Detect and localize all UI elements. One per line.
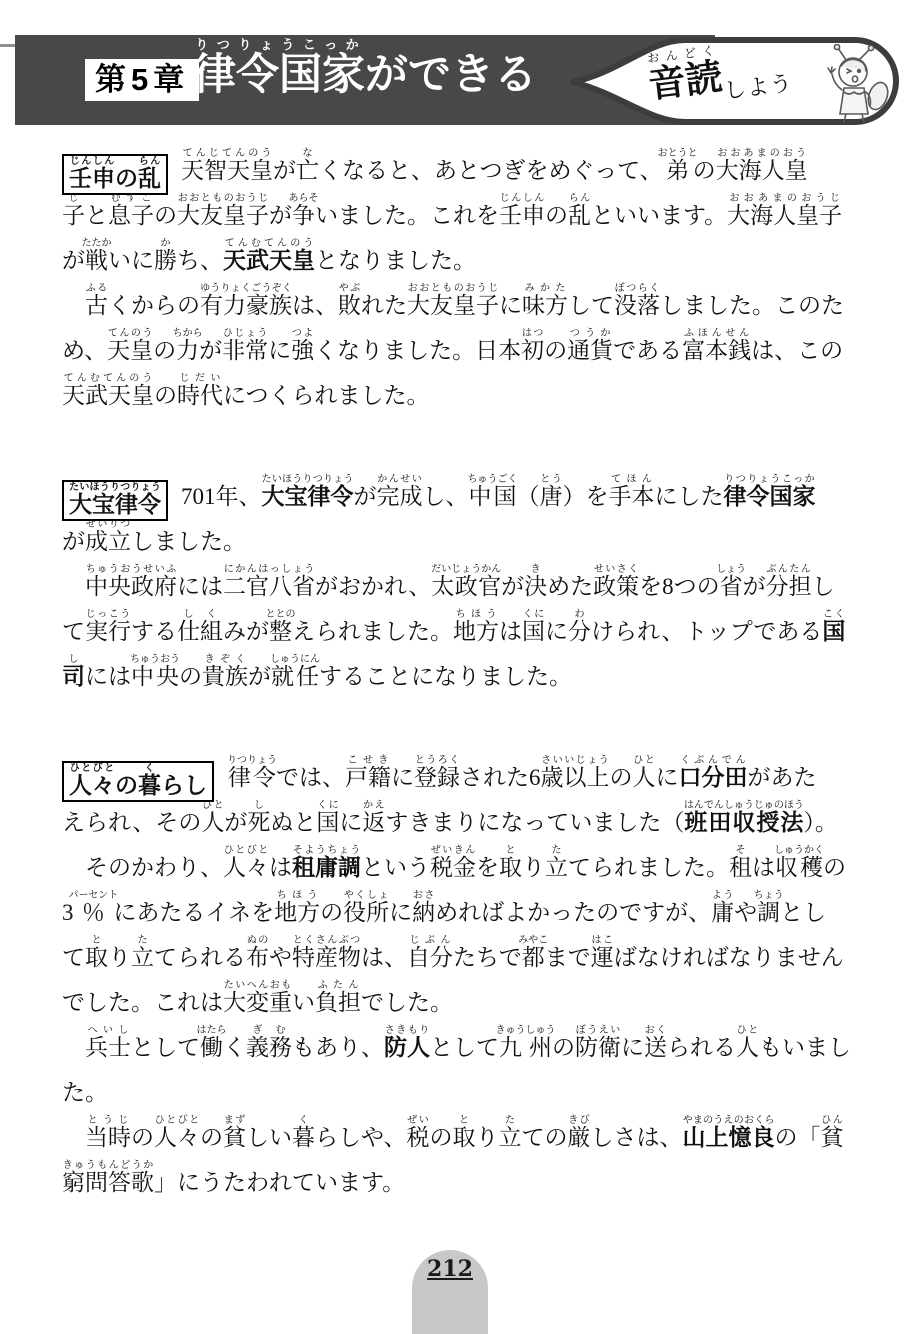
text-segment: まで [545, 945, 591, 970]
text-segment: があた [748, 765, 817, 790]
text-segment: めた [547, 574, 593, 599]
text-segment: の [545, 203, 568, 228]
text-segment: てられました。 [568, 855, 729, 880]
text-segment: は [752, 855, 775, 880]
text-segment: 人々ひとびと [154, 1125, 200, 1150]
text-segment: を [476, 855, 499, 880]
text-segment: 都みやこ [522, 945, 545, 970]
text-line: が戦たたかいに勝かち、天武天皇てんむてんのうとなりました。 [62, 238, 892, 283]
text-segment: 貴族きぞく [202, 664, 248, 689]
text-segment: て [62, 619, 85, 644]
text-segment: 富本銭ふほんせん [682, 338, 751, 363]
chapter-title-rest: ができる [365, 51, 537, 99]
text-segment: 義務ぎむ [246, 1035, 292, 1060]
text-segment: た。 [62, 1080, 108, 1105]
text-segment: には [85, 664, 131, 689]
text-segment: けられ、トップである [591, 619, 822, 644]
text-segment: 成立せいりつ [85, 529, 131, 554]
text-segment: 大宝律令たいほうりつりょう [69, 492, 161, 518]
text-segment: すきまりになっていました（ [385, 810, 684, 835]
text-segment: 壬申じんしん [69, 166, 115, 192]
text-segment: 歳以上さいいじょう [541, 765, 610, 790]
text-segment: 死し [247, 810, 270, 835]
text-line: 大宝律令たいほうりつりょう701年、大宝律令たいほうりつりょうが完成かんせいし、… [62, 474, 892, 519]
text-segment: でした。これは [62, 990, 223, 1015]
text-segment: 大海人皇子おおあまのおうじ [727, 203, 842, 228]
text-line: 兵士へいしとして働はたらく義務ぎむもあり、防人さきもりとして九州きゅうしゅうの防… [62, 1025, 892, 1070]
text-segment: が [354, 484, 377, 509]
text-segment: の [693, 158, 716, 183]
text-segment: 通貨つうか [567, 338, 613, 363]
section-heading-box: 壬申じんしんの乱らん [62, 154, 168, 195]
text-segment: された6 [460, 765, 541, 790]
text-segment: 力ちから [176, 338, 199, 363]
text-segment: 取と [499, 855, 522, 880]
text-segment: 人ひと [736, 1035, 759, 1060]
text-segment: 大海人皇おおあまのおう [716, 158, 808, 183]
text-segment: り [108, 945, 131, 970]
text-segment: り [522, 855, 545, 880]
text-segment: が [248, 664, 271, 689]
text-segment: に [545, 619, 568, 644]
text-segment: の [320, 900, 343, 925]
text-segment: 登録とうろく [414, 765, 460, 790]
text-segment: 防衛ぼうえい [575, 1035, 621, 1060]
text-segment: しい [246, 1125, 292, 1150]
text-segment: 人ひと [633, 765, 656, 790]
text-segment: 窮問答歌きゅうもんどうか [62, 1170, 154, 1195]
text-segment: 布ぬの [246, 945, 269, 970]
text-segment: という [361, 855, 430, 880]
text-segment: 取と [453, 1125, 476, 1150]
text-segment: 天武天皇てんむてんのう [223, 248, 315, 274]
text-segment: 重おも [269, 990, 292, 1015]
text-segment: 大友皇子おおとものおうじ [177, 203, 269, 228]
chapter-title: 律令国家りつりょうこっかができる [193, 37, 537, 103]
text-segment: ）を [563, 484, 609, 509]
text-segment: らしや、 [315, 1125, 407, 1150]
text-line: 子じと息子むすこの大友皇子おおとものおうじが争あらそいました。これを壬申じんしん… [62, 193, 892, 238]
text-segment: 二官八省にかんはっしょう [223, 574, 315, 599]
text-segment: 中央政府ちゅうおうせいふ [85, 574, 177, 599]
text-segment: 送おく [644, 1035, 667, 1060]
text-segment: ）。 [803, 810, 838, 835]
text-line: め、天皇てんのうの力ちからが非常ひじょうに強つよくなりました。日本初はつの通貨つ… [62, 328, 892, 373]
text-segment: しました。このた [660, 293, 844, 318]
text-segment: 息子むすこ [108, 203, 154, 228]
text-segment: れた [361, 293, 407, 318]
text-segment: 政策せいさく [593, 574, 639, 599]
text-segment: いました。これを [315, 203, 499, 228]
text-segment: 唐とう [540, 484, 563, 509]
text-line: 古ふるくからの有力豪族ゆうりょくごうぞくは、敗やぶれた大友皇子おおとものおうじに… [62, 283, 892, 328]
text-segment: しました。 [131, 529, 246, 554]
text-segment: 貧ひん [821, 1125, 844, 1150]
text-segment: 役所やくしょ [343, 900, 389, 925]
text-segment: もいまし [759, 1035, 851, 1060]
text-segment: ち、 [177, 248, 223, 273]
page-body: 壬申じんしんの乱らん天智天皇てんじてんのうが亡なくなると、あとつぎをめぐって、弟… [62, 148, 892, 1205]
section: 人々ひとびとの暮くらし律令りつりょうでは、戸籍こせきに登録とうろくされた6歳以上… [62, 755, 892, 1205]
text-segment: に [499, 293, 522, 318]
text-segment: 強つよ [291, 338, 314, 363]
text-segment: 当時とうじ [85, 1125, 131, 1150]
text-segment: 租庸調そようちょう [292, 855, 361, 881]
text-segment: 弟おとうと [663, 158, 693, 183]
text-segment: しさは、 [591, 1125, 683, 1150]
text-segment: 律令りつりょう [227, 765, 276, 790]
text-segment: 暮く [292, 1125, 315, 1150]
text-segment: えられ、その [62, 810, 201, 835]
text-segment: 国くに [316, 810, 339, 835]
text-line: て実行じっこうする仕組しくみが整ととのえられました。地方ちほうは国くにに分わけら… [62, 609, 892, 654]
text-segment: 律令国家りつりょうこっか [724, 484, 816, 510]
text-segment: は [269, 855, 292, 880]
text-segment: 有力豪族ゆうりょくごうぞく [200, 293, 292, 318]
text-line: 窮問答歌きゅうもんどうか」にうたわれています。 [62, 1160, 892, 1205]
text-segment: られる [667, 1035, 736, 1060]
text-segment: 貧まず [223, 1125, 246, 1150]
text-segment: の [131, 1125, 154, 1150]
page-number: 212 [412, 1256, 488, 1282]
text-line: 当時とうじの人々ひとびとの貧まずしい暮くらしや、税ぜいの取とり立たての厳きびしさ… [62, 1115, 892, 1160]
text-segment: には [177, 574, 223, 599]
text-segment: 地方ちほう [453, 619, 499, 644]
text-segment: 子じ [62, 203, 85, 228]
text-segment: では、 [276, 765, 345, 790]
text-segment: らし [161, 773, 207, 799]
text-segment: 立た [545, 855, 568, 880]
text-segment: に [268, 338, 291, 363]
text-segment: 収穫しゅうかく [775, 855, 823, 880]
text-segment: 税金ぜいきん [430, 855, 476, 880]
text-segment: 中国ちゅうごく [469, 484, 517, 509]
text-segment: みが [223, 619, 269, 644]
text-segment: ％パーセント [74, 900, 114, 925]
text-segment: や [269, 945, 292, 970]
text-segment: し、 [423, 484, 469, 509]
chapter-number-box: 第5章 [85, 59, 199, 101]
text-segment: 人々ひとびと [223, 855, 269, 880]
text-segment: 大友皇子おおとものおうじ [407, 293, 499, 318]
text-segment: は [499, 619, 522, 644]
text-segment: 大変たいへん [223, 990, 269, 1015]
text-segment: が [273, 158, 296, 183]
text-segment: 税ぜい [407, 1125, 430, 1150]
text-segment: 国こく [822, 619, 845, 645]
text-segment: 調ちょう [757, 900, 780, 925]
text-segment: と [85, 203, 108, 228]
text-segment: 自分じぶん [407, 945, 453, 970]
chapter-title-ruby: りつりょうこっか [193, 37, 365, 52]
text-segment: に [339, 810, 362, 835]
text-segment: えられました。 [292, 619, 453, 644]
text-segment: にあたるイネを [113, 900, 274, 925]
text-segment: の「 [775, 1125, 821, 1150]
text-line: が成立せいりつしました。 [62, 519, 892, 564]
text-line: 壬申じんしんの乱らん天智天皇てんじてんのうが亡なくなると、あとつぎをめぐって、弟… [62, 148, 892, 193]
text-segment: 庸よう [711, 900, 734, 925]
text-line: 司しには中央ちゅうおうの貴族きぞくが就任しゅうにんすることになりました。 [62, 654, 892, 699]
text-segment: 返かえ [362, 810, 385, 835]
text-segment: 仕組しく [177, 619, 223, 644]
text-segment: が [199, 338, 222, 363]
text-segment: 運はこ [591, 945, 614, 970]
text-segment: して [568, 293, 614, 318]
text-segment: て [62, 945, 85, 970]
text-line: た。 [62, 1070, 892, 1115]
text-segment: の [179, 664, 202, 689]
text-segment: 初はつ [521, 338, 544, 363]
chapter-title-main: 律令国家 [193, 51, 365, 99]
section-heading-box: 人々ひとびとの暮くらし [62, 761, 214, 802]
text-line: そのかわり、人々ひとびとは租庸調そようちょうという税金ぜいきんを取とり立たてられ… [62, 845, 892, 890]
text-segment: そのかわり、 [85, 855, 223, 880]
text-segment: 取と [85, 945, 108, 970]
text-segment: 厳きび [568, 1125, 591, 1150]
text-segment: 」にうたわれています。 [154, 1170, 405, 1195]
text-line: 人々ひとびとの暮くらし律令りつりょうでは、戸籍こせきに登録とうろくされた6歳以上… [62, 755, 892, 800]
text-segment: に [656, 765, 679, 790]
text-segment: 没落ぼつらく [614, 293, 660, 318]
text-segment: もあり、 [292, 1035, 384, 1060]
text-segment: く [223, 1035, 246, 1060]
text-segment: 非常ひじょう [222, 338, 268, 363]
text-segment: くなると、あとつぎをめぐって、 [319, 158, 663, 183]
text-segment: 分わ [568, 619, 591, 644]
text-segment: たちで [453, 945, 522, 970]
text-segment: 負担ふたん [315, 990, 361, 1015]
text-segment: 天皇てんのう [107, 338, 153, 363]
text-segment: することになりました。 [319, 664, 572, 689]
text-segment: 乱らん [568, 203, 591, 228]
text-segment: の [430, 1125, 453, 1150]
text-line: て取とり立たてられる布ぬのや特産物とくさんぶつは、自分じぶんたちで都みやこまで運… [62, 935, 892, 980]
text-segment: くなりました。日本 [314, 338, 521, 363]
text-segment: ぬと [270, 810, 316, 835]
text-segment: 兵士へいし [85, 1035, 131, 1060]
text-segment: 味方みかた [522, 293, 568, 318]
text-segment: 乱らん [138, 166, 161, 192]
text-segment: は、 [361, 945, 407, 970]
text-segment: ばなければなりません [614, 945, 844, 970]
text-segment: 701年、 [181, 484, 262, 509]
print-registration-line [0, 44, 16, 47]
text-segment: 壬申じんしん [499, 203, 545, 228]
text-segment: が [224, 810, 247, 835]
text-segment: が [743, 574, 766, 599]
section-heading-box: 大宝律令たいほうりつりょう [62, 480, 168, 521]
text-segment: い [292, 990, 315, 1015]
text-segment: の [200, 1125, 223, 1150]
text-segment: め、 [62, 338, 107, 363]
text-segment: 手本てほん [609, 484, 655, 509]
text-segment: は、 [292, 293, 338, 318]
text-segment: 大宝律令たいほうりつりょう [262, 484, 354, 510]
text-segment: 古ふる [85, 293, 108, 318]
text-segment: 整ととの [269, 619, 292, 644]
text-segment: とし [780, 900, 826, 925]
text-segment: （ [517, 484, 540, 509]
text-segment: 立た [131, 945, 154, 970]
text-segment: の [823, 855, 846, 880]
text-segment: 地方ちほう [274, 900, 320, 925]
text-line: 3％パーセントにあたるイネを地方ちほうの役所やくしょに納おさめればよかったのです… [62, 890, 892, 935]
text-segment: 人ひと [201, 810, 224, 835]
section: 壬申じんしんの乱らん天智天皇てんじてんのうが亡なくなると、あとつぎをめぐって、弟… [62, 148, 892, 418]
text-line: 中央政府ちゅうおうせいふには二官八省にかんはっしょうがおかれ、太政官だいじょうか… [62, 564, 892, 609]
text-segment: といいます。 [591, 203, 727, 228]
text-segment: 司し [62, 664, 85, 690]
text-segment: は、この [751, 338, 843, 363]
text-segment: の [115, 166, 138, 192]
text-segment: 敗やぶ [338, 293, 361, 318]
text-segment: 防人さきもり [384, 1035, 430, 1061]
text-segment: めればよかったのですが、 [435, 900, 711, 925]
footer-page-tab: 212 [412, 1250, 488, 1334]
text-segment: の [154, 203, 177, 228]
text-segment: てられる [154, 945, 246, 970]
text-segment: 実行じっこう [85, 619, 131, 644]
text-segment: 天武天皇てんむてんのう [62, 383, 154, 408]
text-segment: 人々ひとびと [69, 773, 115, 799]
text-segment: 国くに [522, 619, 545, 644]
text-segment: 戸籍こせき [345, 765, 391, 790]
text-segment: 省しょう [720, 574, 743, 599]
text-segment: 時代じだい [177, 383, 223, 408]
text-segment: 就任しゅうにん [271, 664, 319, 689]
text-segment: 争あらそ [292, 203, 315, 228]
text-segment: にした [655, 484, 724, 509]
text-segment: 班田収授法はんでんしゅうじゅのほう [684, 810, 803, 836]
text-segment: でした。 [361, 990, 453, 1015]
text-segment: する [131, 619, 177, 644]
text-segment: の [552, 1035, 575, 1060]
text-segment: が [501, 574, 524, 599]
text-segment: である [613, 338, 682, 363]
text-segment: の [544, 338, 567, 363]
text-segment: に [391, 765, 414, 790]
text-segment: 分担ぶんたん [766, 574, 812, 599]
text-segment: 太政官だいじょうかん [431, 574, 501, 599]
text-segment: 決き [524, 574, 547, 599]
text-segment: 暮く [138, 773, 161, 799]
text-segment: となりました。 [315, 248, 476, 273]
text-segment: として [430, 1035, 499, 1060]
text-segment: の [154, 383, 177, 408]
text-segment: がおかれ、 [315, 574, 431, 599]
text-segment: 勝か [154, 248, 177, 273]
text-segment: 働はたら [200, 1035, 223, 1060]
text-segment: ての [522, 1125, 568, 1150]
text-segment: いに [108, 248, 154, 273]
text-segment: り [476, 1125, 499, 1150]
text-segment: 九州きゅうしゅう [499, 1035, 552, 1060]
text-line: 天武天皇てんむてんのうの時代じだいにつくられました。 [62, 373, 892, 418]
text-segment: 中央ちゅうおう [131, 664, 179, 689]
text-segment: 亡な [296, 158, 319, 183]
text-segment: を8つの [639, 574, 720, 599]
text-segment: 立た [499, 1125, 522, 1150]
text-segment: 租そ [729, 855, 752, 880]
text-segment: 特産物とくさんぶつ [292, 945, 361, 970]
text-segment: 山上憶良やまのうえのおくら [683, 1125, 775, 1151]
text-segment: 口分田くぶんでん [679, 765, 748, 791]
fairy-character-illustration [808, 44, 900, 126]
text-line: えられ、その人ひとが死しぬと国くにに返かえすきまりになっていました（班田収授法は… [62, 800, 892, 845]
text-segment: につくられました。 [223, 383, 430, 408]
text-segment: に [621, 1035, 644, 1060]
text-segment: 納おさ [412, 900, 435, 925]
text-segment: 戦たたか [85, 248, 108, 273]
text-segment: が [62, 529, 85, 554]
text-segment: の [610, 765, 633, 790]
text-line: でした。これは大変たいへん重おもい負担ふたんでした。 [62, 980, 892, 1025]
text-segment: に [389, 900, 412, 925]
text-segment: として [131, 1035, 200, 1060]
text-segment: し [812, 574, 835, 599]
text-segment: の [115, 773, 138, 799]
text-segment: 天智天皇てんじてんのう [181, 158, 273, 183]
text-segment: 完成かんせい [377, 484, 423, 509]
text-segment: くからの [108, 293, 200, 318]
section: 大宝律令たいほうりつりょう701年、大宝律令たいほうりつりょうが完成かんせいし、… [62, 474, 892, 699]
